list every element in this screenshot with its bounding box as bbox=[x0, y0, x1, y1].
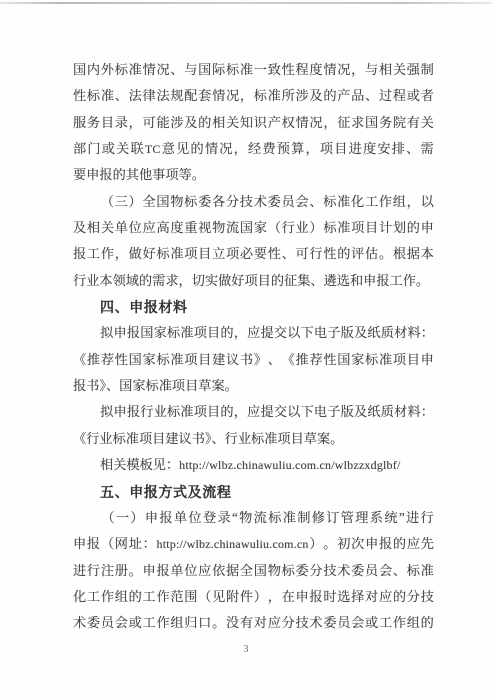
text-run: 口 bbox=[198, 610, 211, 636]
text-run: 组 bbox=[407, 610, 420, 636]
text-run: 的 bbox=[421, 610, 434, 636]
text-run: 国 bbox=[119, 378, 132, 393]
text-run: 报 bbox=[127, 320, 140, 346]
text-run: 行 bbox=[87, 558, 100, 584]
text-run: 见 bbox=[176, 136, 189, 162]
text-run: 的 bbox=[113, 167, 126, 182]
text-run: 好 bbox=[231, 273, 244, 288]
text-run: 行 bbox=[140, 399, 153, 425]
text-run: 目 bbox=[291, 431, 304, 446]
text-run: 单 bbox=[174, 505, 187, 531]
text-run: 准 bbox=[170, 241, 183, 267]
text-run: 准 bbox=[159, 378, 172, 393]
text-run: 准 bbox=[337, 215, 350, 241]
text-run: 料 bbox=[173, 299, 188, 315]
text-run: 业 bbox=[238, 431, 251, 446]
text-run: 订 bbox=[326, 505, 339, 531]
text-run: 委 bbox=[351, 558, 364, 584]
text-run: 行 bbox=[282, 215, 295, 241]
text-run: 征 bbox=[284, 273, 297, 288]
text-run: 性 bbox=[323, 347, 336, 373]
text-run: 应 bbox=[198, 558, 211, 584]
text-run: 涉 bbox=[170, 110, 183, 136]
text-run: 及 bbox=[354, 320, 367, 346]
text-run: 行 bbox=[225, 431, 238, 446]
text-run: 委 bbox=[323, 610, 336, 636]
text-run: 议 bbox=[179, 431, 192, 446]
text-run: 遴 bbox=[324, 273, 337, 288]
text-run: 的 bbox=[393, 531, 406, 557]
text-run: 四 bbox=[100, 299, 115, 315]
text-run: 各 bbox=[212, 189, 225, 215]
text-run: 作 bbox=[101, 241, 114, 267]
text-run: 术 bbox=[73, 610, 86, 636]
text-run: 标 bbox=[323, 189, 336, 215]
text-run: 域 bbox=[126, 273, 139, 288]
text-run: 及 bbox=[188, 484, 203, 500]
text-run: 范 bbox=[170, 584, 183, 610]
text-run: 准 bbox=[170, 347, 183, 373]
document-page: 国内外标准情况、与国际标准一致性程度情况，与相关强制性标准、法律法规配套情况，标… bbox=[0, 0, 492, 700]
text-run: 标 bbox=[113, 431, 126, 446]
text-run: 关 bbox=[113, 457, 126, 472]
text-run: ， bbox=[129, 110, 142, 136]
text-run: 权 bbox=[282, 110, 295, 136]
text-run: 目 bbox=[198, 241, 211, 267]
text-run: 流 bbox=[226, 215, 239, 241]
text-run: 相 bbox=[87, 215, 100, 241]
text-run: 报 bbox=[159, 505, 172, 531]
text-run: 本 bbox=[99, 273, 112, 288]
text-run: 项 bbox=[393, 347, 406, 373]
text-run: 荐 bbox=[101, 347, 114, 373]
text-line: 《行业标准项目建议书》、行业标准项目草案。 bbox=[73, 426, 434, 452]
text-run: 一 bbox=[116, 505, 129, 531]
text-block: 国内外标准情况、与国际标准一致性程度情况，与相关强制性标准、法律法规配套情况，标… bbox=[73, 57, 434, 637]
text-run: 目 bbox=[198, 347, 211, 373]
text-run: 及 bbox=[73, 215, 86, 241]
text-run: 委 bbox=[198, 189, 211, 215]
text-run: 排 bbox=[392, 136, 405, 162]
text-run: 领 bbox=[113, 273, 126, 288]
text-run: 集 bbox=[297, 273, 310, 288]
text-run: 委 bbox=[87, 610, 100, 636]
text-run: 与 bbox=[365, 57, 378, 83]
text-run: 择 bbox=[351, 584, 364, 610]
text-run: 建 bbox=[165, 431, 178, 446]
text-line: 行业本领域的需求，切实做好项目的征集、遴选和申报工作。 bbox=[73, 268, 434, 294]
text-run: http://wlbz.chinawuliu.com.cn bbox=[157, 531, 309, 557]
text-run: 强 bbox=[407, 57, 420, 83]
text-run: 要 bbox=[73, 167, 86, 182]
text-run: 服 bbox=[73, 110, 86, 136]
text-run: 报 bbox=[144, 484, 159, 500]
text-run: 三 bbox=[115, 189, 128, 215]
text-line: 及相关单位应高度重视物流国家（行业）标准项目计划的申 bbox=[73, 215, 434, 241]
text-run: 没 bbox=[226, 610, 239, 636]
text-run: 家 bbox=[143, 347, 156, 373]
text-run: 。 bbox=[416, 273, 429, 288]
text-run: 应 bbox=[247, 320, 260, 346]
text-run: 经 bbox=[248, 136, 261, 162]
text-run: 、 bbox=[268, 347, 281, 373]
text-run: 项 bbox=[194, 320, 207, 346]
text-run: 制 bbox=[421, 57, 434, 83]
text-run: 标 bbox=[87, 83, 100, 109]
text-run: 求 bbox=[351, 110, 364, 136]
text-run: 申 bbox=[129, 299, 144, 315]
text-run: 时 bbox=[323, 584, 336, 610]
text-run: 依 bbox=[212, 558, 225, 584]
text-run: 物 bbox=[268, 558, 281, 584]
text-run: 、 bbox=[115, 484, 130, 500]
text-run: 目 bbox=[407, 347, 420, 373]
text-run: ： bbox=[421, 320, 434, 346]
text-run: 组 bbox=[393, 189, 406, 215]
text-run: 应 bbox=[407, 531, 420, 557]
text-run: 内 bbox=[87, 57, 100, 83]
text-run: 作 bbox=[403, 273, 416, 288]
text-run: 可 bbox=[296, 241, 309, 267]
text-run: 的 bbox=[393, 584, 406, 610]
text-run: 。 bbox=[379, 241, 392, 267]
text-run: 报 bbox=[99, 167, 112, 182]
text-run: 标 bbox=[184, 189, 197, 215]
text-run: 国 bbox=[140, 320, 153, 346]
text-run: 制 bbox=[297, 505, 310, 531]
text-run: 做 bbox=[218, 273, 231, 288]
text-run: 登 bbox=[203, 505, 216, 531]
text-run: 申 bbox=[296, 584, 309, 610]
text-run: 材 bbox=[394, 399, 407, 425]
text-run: 分 bbox=[309, 558, 322, 584]
text-run: 物 bbox=[239, 505, 252, 531]
text-run: 先 bbox=[421, 531, 434, 557]
text-run: 作 bbox=[379, 189, 392, 215]
text-run: 联 bbox=[131, 136, 144, 162]
text-run: 报 bbox=[127, 399, 140, 425]
text-run: 申 bbox=[421, 215, 434, 241]
text-run: 申 bbox=[145, 505, 158, 531]
text-run: 草 bbox=[198, 378, 211, 393]
text-run: 标 bbox=[323, 215, 336, 241]
text-run: 注 bbox=[101, 558, 114, 584]
text-run: 推 bbox=[87, 347, 100, 373]
text-run: 标 bbox=[365, 347, 378, 373]
text-run: 务 bbox=[87, 110, 100, 136]
text-run: 网 bbox=[115, 531, 128, 557]
text-run: 关 bbox=[101, 215, 114, 241]
text-run: 标 bbox=[146, 378, 159, 393]
text-run: 门 bbox=[87, 136, 100, 162]
text-run: 或 bbox=[102, 136, 115, 162]
text-run: 报 bbox=[87, 531, 100, 557]
text-run: 报 bbox=[309, 584, 322, 610]
text-run: 归 bbox=[184, 610, 197, 636]
text-run: 技 bbox=[240, 189, 253, 215]
text-run: 所 bbox=[282, 83, 295, 109]
text-run: 质 bbox=[381, 320, 394, 346]
text-run: 技 bbox=[296, 610, 309, 636]
text-run: 委 bbox=[268, 189, 281, 215]
text-run: 项 bbox=[184, 347, 197, 373]
text-run: 统 bbox=[384, 505, 397, 531]
text-run: 作 bbox=[156, 584, 169, 610]
text-run: ， bbox=[179, 273, 192, 288]
text-run: 的 bbox=[139, 273, 152, 288]
text-run: 行 bbox=[86, 431, 99, 446]
text-run: 切 bbox=[192, 273, 205, 288]
text-run: 全 bbox=[240, 558, 253, 584]
text-run: 情 bbox=[143, 57, 156, 83]
text-run: 家 bbox=[154, 320, 167, 346]
text-run: 管 bbox=[341, 505, 354, 531]
text-line: 《推荐性国家标准项目建议书》、《推荐性国家标准项目申 bbox=[73, 347, 434, 373]
text-run: 况 bbox=[156, 57, 169, 83]
text-run: 国 bbox=[129, 347, 142, 373]
text-line: 进行注册。申报单位应依据全国物标委分技术委员会、标准 bbox=[73, 558, 434, 584]
text-run: 况 bbox=[309, 110, 322, 136]
text-run: 算 bbox=[291, 136, 304, 162]
text-line: 申报（网址：http://wlbz.chinawuliu.com.cn）。初次申… bbox=[73, 531, 434, 557]
text-run: 见 bbox=[153, 457, 166, 472]
text-run: 员 bbox=[365, 558, 378, 584]
text-run: 册 bbox=[115, 558, 128, 584]
text-run: 有 bbox=[407, 110, 420, 136]
text-run: 标 bbox=[251, 431, 264, 446]
text-run: 工 bbox=[365, 189, 378, 215]
text-run: 板 bbox=[140, 457, 153, 472]
text-run: 或 bbox=[407, 83, 420, 109]
text-run: 目 bbox=[152, 431, 165, 446]
text-run: 材 bbox=[158, 299, 173, 315]
section-heading: 五、申报方式及流程 bbox=[73, 479, 434, 505]
text-run: 》 bbox=[99, 378, 106, 393]
text-run: 准 bbox=[283, 505, 296, 531]
text-run: 家 bbox=[132, 378, 145, 393]
text-run: 申 bbox=[129, 484, 144, 500]
text-run: 项 bbox=[184, 241, 197, 267]
text-run: 外 bbox=[101, 57, 114, 83]
text-run: 性 bbox=[115, 347, 128, 373]
text-run: 他 bbox=[139, 167, 152, 182]
text-run: 。 bbox=[129, 558, 142, 584]
text-run: ， bbox=[240, 83, 253, 109]
text-run: 标 bbox=[167, 320, 180, 346]
text-run: 选 bbox=[337, 273, 350, 288]
text-run: 模 bbox=[126, 457, 139, 472]
text-run: 。 bbox=[225, 378, 238, 393]
text-run: 申 bbox=[363, 273, 376, 288]
text-run: 涉 bbox=[296, 83, 309, 109]
text-run: 项 bbox=[277, 431, 290, 446]
text-run: ， bbox=[234, 399, 247, 425]
text-run: “ bbox=[232, 505, 238, 531]
text-run: 际 bbox=[212, 57, 225, 83]
text-run: ： bbox=[421, 399, 434, 425]
text-run: 应 bbox=[247, 399, 260, 425]
text-run: 的 bbox=[198, 110, 211, 136]
text-run: 、 bbox=[309, 189, 322, 215]
text-line: 报书》、国家标准项目草案。 bbox=[73, 373, 434, 399]
text-run: 业 bbox=[154, 399, 167, 425]
text-run: 相 bbox=[212, 110, 225, 136]
text-run: 能 bbox=[156, 110, 169, 136]
text-run: 。 bbox=[212, 610, 225, 636]
text-run: 系 bbox=[370, 505, 383, 531]
text-run: 组 bbox=[170, 610, 183, 636]
page-number: 3 bbox=[0, 644, 492, 655]
text-run: 电 bbox=[314, 320, 327, 346]
text-run: 质 bbox=[381, 399, 394, 425]
text-run: 》 bbox=[254, 347, 267, 373]
text-run: 、 bbox=[211, 431, 224, 446]
text-run: 。 bbox=[323, 531, 336, 557]
text-line: 化工作组的工作范围（见附件），在申报时选择对应的分技 bbox=[73, 584, 434, 610]
text-run: 必 bbox=[240, 241, 253, 267]
text-run: 标 bbox=[115, 57, 128, 83]
text-run: 以 bbox=[421, 189, 434, 215]
text-run: 纸 bbox=[367, 320, 380, 346]
text-run: 国 bbox=[254, 558, 267, 584]
text-run: 征 bbox=[337, 110, 350, 136]
text-run: 准 bbox=[126, 431, 139, 446]
text-run: 项 bbox=[165, 167, 178, 182]
text-run: 识 bbox=[254, 110, 267, 136]
text-run: 申 bbox=[114, 320, 127, 346]
text-run: 分 bbox=[282, 610, 295, 636]
text-run: 目 bbox=[365, 215, 378, 241]
text-run: 提 bbox=[260, 320, 273, 346]
text-run: ， bbox=[268, 584, 281, 610]
text-run: 位 bbox=[129, 215, 142, 241]
text-run: 申 bbox=[421, 347, 434, 373]
text-line: 拟申报国家标准项目的，应提交以下电子版及纸质材料： bbox=[73, 320, 434, 346]
text-run: 。 bbox=[192, 167, 205, 182]
text-run: 高 bbox=[156, 215, 169, 241]
text-run: 的 bbox=[407, 215, 420, 241]
text-run: 工 bbox=[143, 610, 156, 636]
text-run: 关 bbox=[226, 110, 239, 136]
text-run: 规 bbox=[170, 83, 183, 109]
text-run: 料 bbox=[407, 399, 420, 425]
text-run: ， bbox=[407, 189, 420, 215]
text-run: 、 bbox=[282, 241, 295, 267]
text-run: 据 bbox=[226, 558, 239, 584]
text-run: 和 bbox=[350, 273, 363, 288]
text-run: 标 bbox=[226, 57, 239, 83]
text-run: 据 bbox=[407, 241, 420, 267]
text-line: 部门或关联 TC 意见的情况，经费预算，项目进度安排、需 bbox=[73, 136, 434, 162]
text-run: 次 bbox=[351, 531, 364, 557]
text-run: 、 bbox=[115, 83, 128, 109]
text-run: 项 bbox=[139, 431, 152, 446]
text-run: 或 bbox=[365, 610, 378, 636]
text-run: 修 bbox=[312, 505, 325, 531]
text-run: 、 bbox=[393, 558, 406, 584]
text-run: 单 bbox=[170, 558, 183, 584]
text-run: 意 bbox=[162, 136, 175, 162]
text-run: 员 bbox=[337, 610, 350, 636]
text-run: 以 bbox=[287, 399, 300, 425]
text-run: 报 bbox=[379, 531, 392, 557]
text-run: 报 bbox=[376, 273, 389, 288]
text-run: 的 bbox=[191, 136, 204, 162]
text-run: 目 bbox=[101, 110, 114, 136]
text-run: 流 bbox=[254, 505, 267, 531]
text-run: 项 bbox=[172, 378, 185, 393]
text-run: 物 bbox=[170, 189, 183, 215]
text-run: 术 bbox=[309, 610, 322, 636]
text-run: 需 bbox=[152, 273, 165, 288]
text-run: 实 bbox=[205, 273, 218, 288]
text-run: 及 bbox=[354, 399, 367, 425]
text-run: 根 bbox=[393, 241, 406, 267]
text-run: 会 bbox=[379, 558, 392, 584]
text-run: 申 bbox=[73, 531, 86, 557]
text-run: 位 bbox=[184, 558, 197, 584]
text-run: 议 bbox=[226, 347, 239, 373]
text-run: （ bbox=[101, 189, 114, 215]
text-line: 报工作，做好标准项目立项必要性、可行性的评估。根据本 bbox=[73, 241, 434, 267]
text-run: 案 bbox=[317, 431, 330, 446]
text-line: 拟申报行业标准项目的，应提交以下电子版及纸质材料： bbox=[73, 399, 434, 425]
text-run: 化 bbox=[73, 584, 86, 610]
text-run: 流 bbox=[202, 484, 217, 500]
text-run: 评 bbox=[351, 241, 364, 267]
text-run: 行 bbox=[73, 273, 86, 288]
text-run: 划 bbox=[393, 215, 406, 241]
text-run: 国 bbox=[198, 57, 211, 83]
text-run: 书 bbox=[240, 347, 253, 373]
text-run: 申 bbox=[143, 558, 156, 584]
text-run: 预 bbox=[277, 136, 290, 162]
text-run: 知 bbox=[240, 110, 253, 136]
text-run: 工 bbox=[87, 241, 100, 267]
text-run: ， bbox=[306, 136, 319, 162]
text-run: 家 bbox=[254, 215, 267, 241]
text-run: 在 bbox=[282, 584, 295, 610]
text-run: 物 bbox=[212, 215, 225, 241]
text-run: 准 bbox=[379, 347, 392, 373]
text-run: 项 bbox=[226, 241, 239, 267]
text-run: （ bbox=[198, 584, 211, 610]
text-run: 视 bbox=[198, 215, 211, 241]
text-run: 组 bbox=[115, 584, 128, 610]
text-line: 服务目录，可能涉及的相关知识产权情况，征求国务院有关 bbox=[73, 110, 434, 136]
text-run: 下 bbox=[301, 399, 314, 425]
text-run: 配 bbox=[184, 83, 197, 109]
section-heading: 四、申报材料 bbox=[73, 294, 434, 320]
text-run: 、 bbox=[310, 273, 323, 288]
text-run: 子 bbox=[327, 320, 340, 346]
text-run: 度 bbox=[309, 57, 322, 83]
text-run: 况 bbox=[337, 57, 350, 83]
text-run: 围 bbox=[184, 584, 197, 610]
text-line: 术委员会或工作组归口。没有对应分技术委员会或工作组的 bbox=[73, 610, 434, 636]
text-run: 目 bbox=[207, 399, 220, 425]
text-run: 以 bbox=[287, 320, 300, 346]
text-run: 电 bbox=[314, 399, 327, 425]
text-run: 国 bbox=[240, 215, 253, 241]
text-run: 申 bbox=[114, 399, 127, 425]
text-run: 案 bbox=[211, 378, 224, 393]
text-run: 准 bbox=[268, 83, 281, 109]
text-run: 录 bbox=[217, 505, 230, 531]
text-run: 分 bbox=[407, 584, 420, 610]
text-run: 务 bbox=[379, 110, 392, 136]
text-run: 院 bbox=[393, 110, 406, 136]
